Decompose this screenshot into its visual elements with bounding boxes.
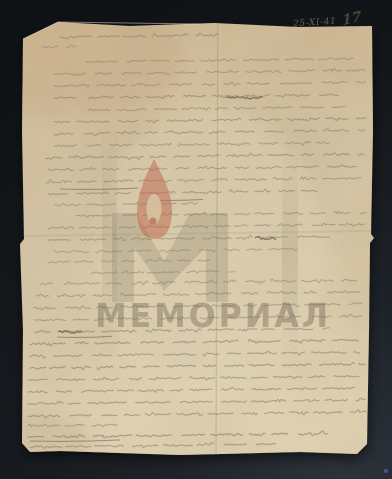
dust-speck [384,469,388,473]
photo-scene: МЕМОРИАЛ 25-XI-41 17 [0,0,392,479]
letter-photo: МЕМОРИАЛ [0,0,392,479]
paper-grain-texture [0,0,392,479]
